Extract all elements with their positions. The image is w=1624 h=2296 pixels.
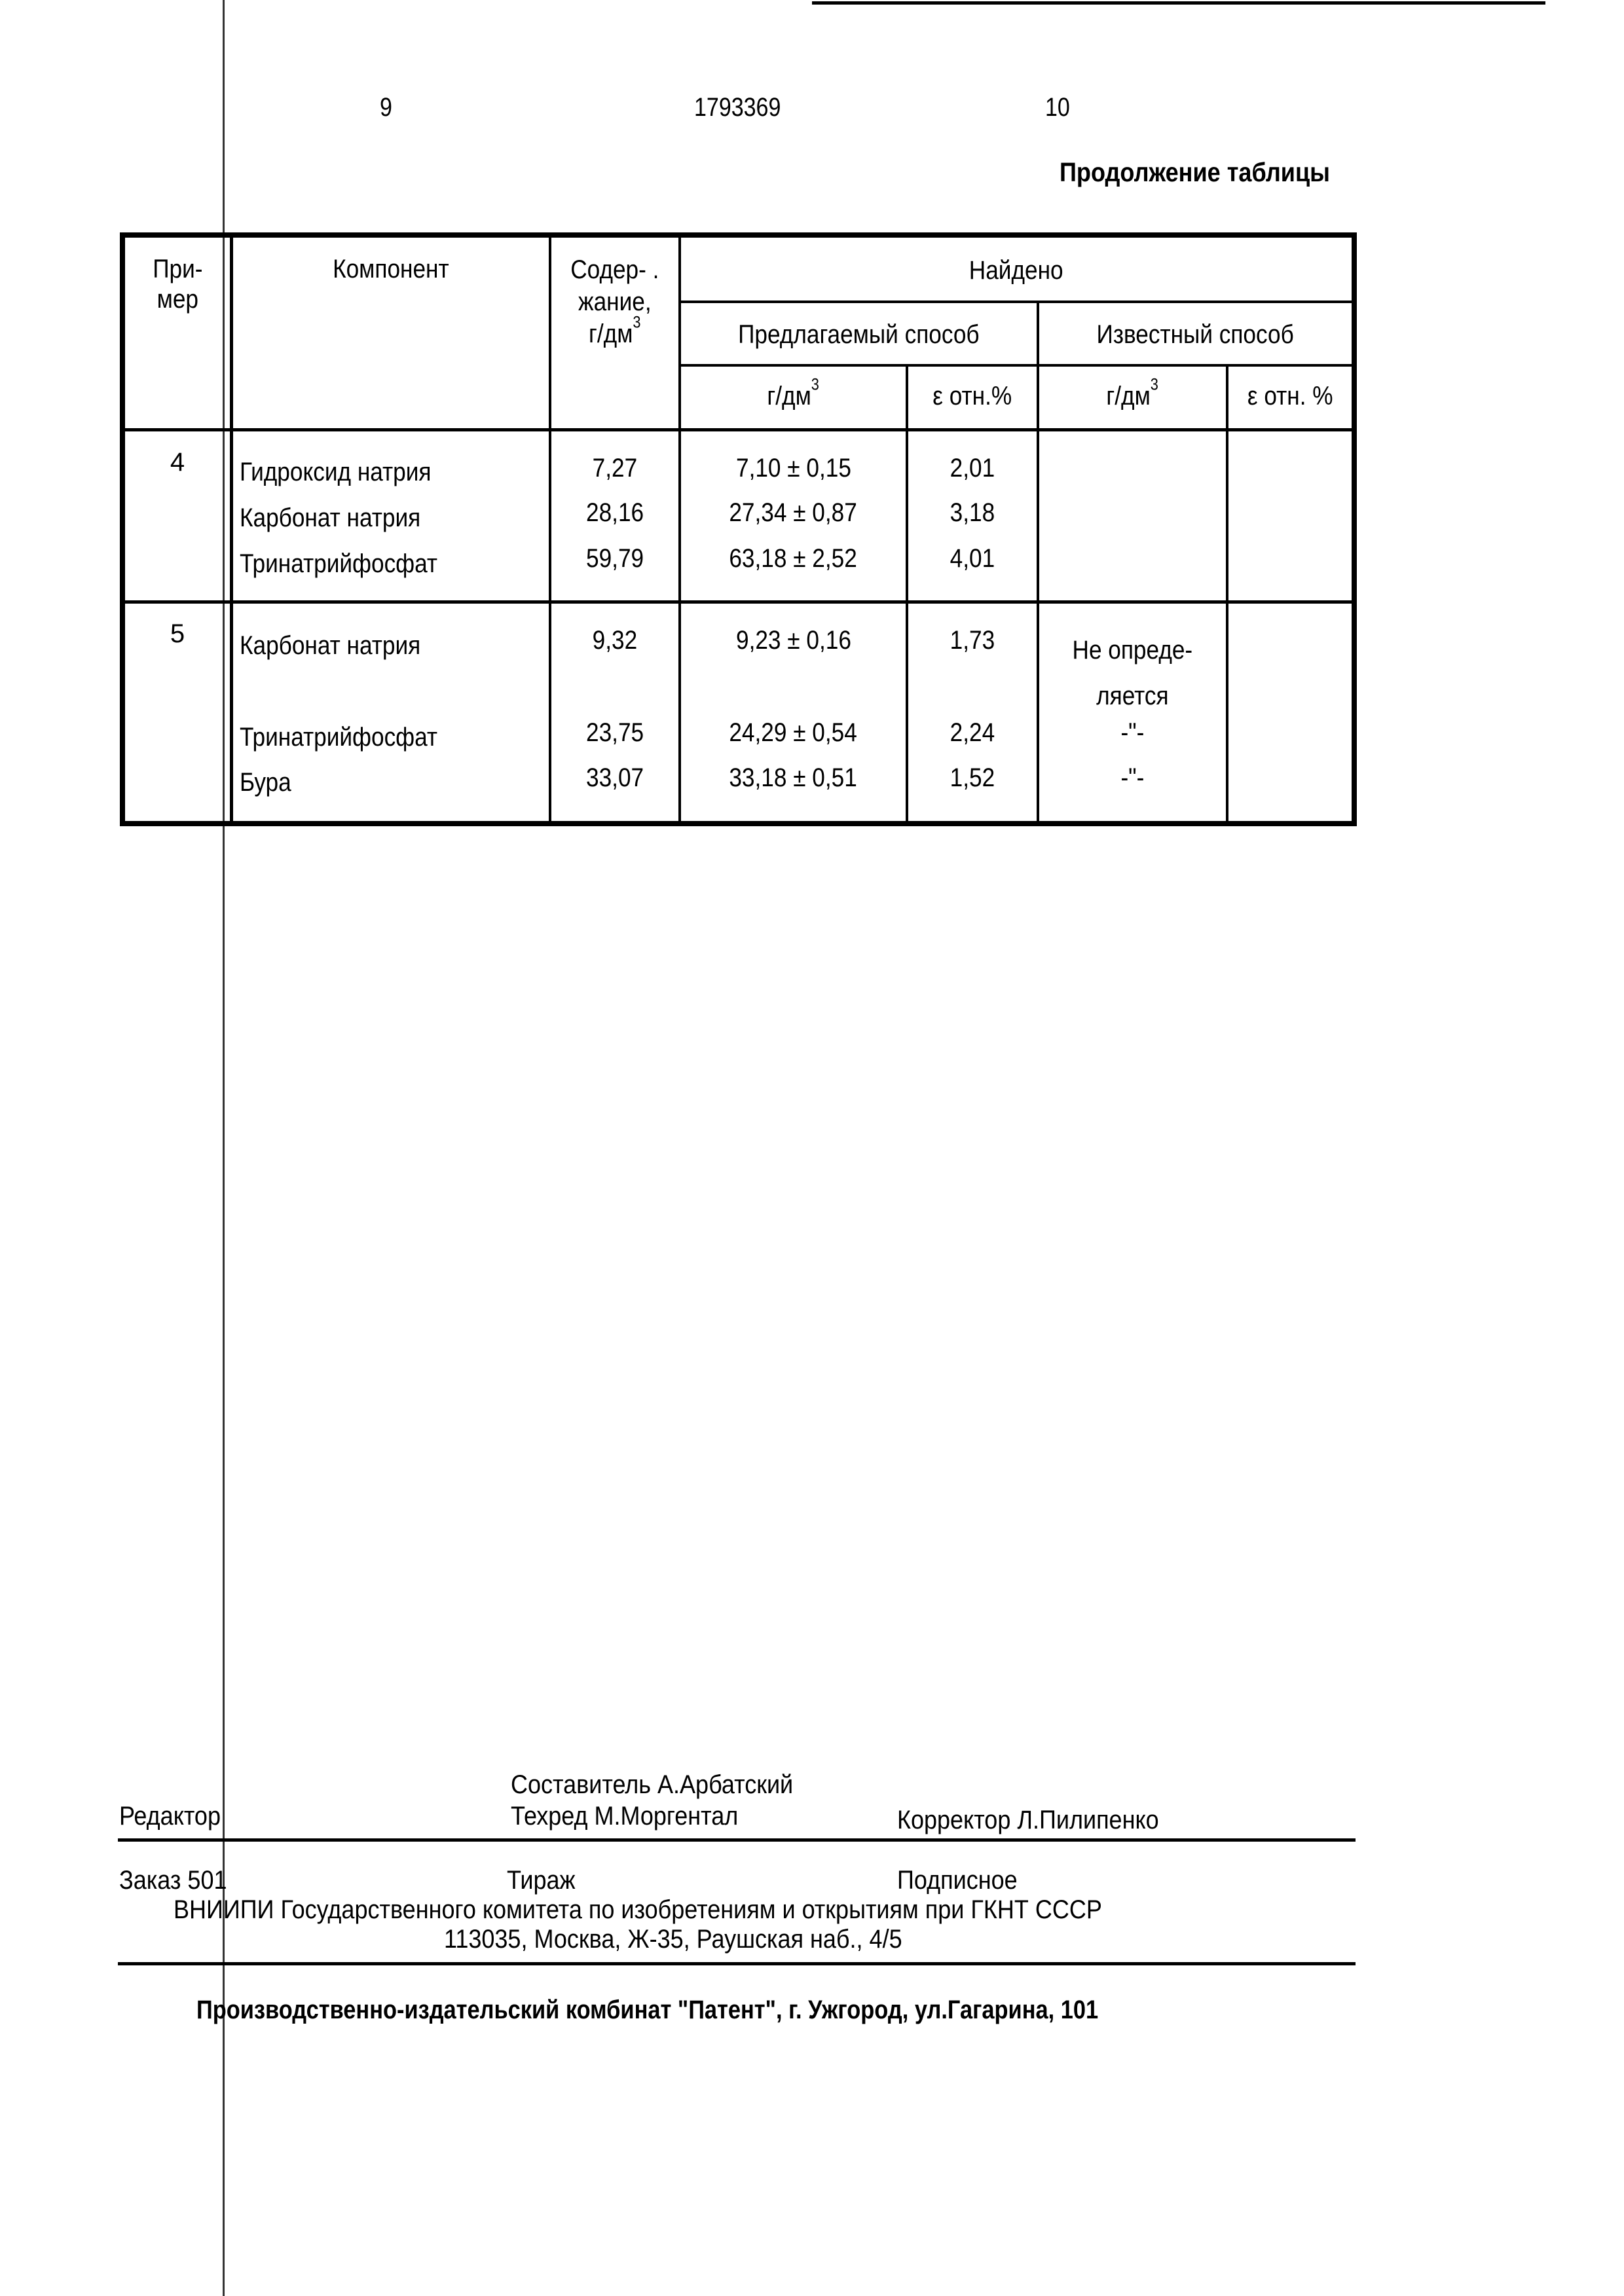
proposed-eps: 3,18 <box>908 498 1037 528</box>
header-bottom-divider <box>120 428 1357 431</box>
content-value: 28,16 <box>551 498 678 528</box>
header-known-eps: ε отн. % <box>1228 381 1352 411</box>
content-value: 7,27 <box>551 453 678 483</box>
row-divider <box>678 301 1357 303</box>
proposed-eps: 1,52 <box>908 763 1037 793</box>
institute-address: 113035, Москва, Ж-35, Раушская наб., 4/5 <box>444 1925 902 1954</box>
continuation-title: Продолжение таблицы <box>1060 157 1330 188</box>
proposed-value: 27,34 ± 0,87 <box>681 498 906 528</box>
footer-rule <box>118 1962 1356 1965</box>
known-value: -"- <box>1039 718 1226 748</box>
page-number-left: 9 <box>380 93 392 122</box>
header-proposed-eps: ε отн.% <box>908 381 1037 411</box>
component-name: Бура <box>240 767 298 797</box>
header-known-method: Известный способ <box>1039 319 1352 350</box>
known-value: Не опреде-ляется <box>1039 627 1226 719</box>
component-name: Тринатрийфосфат <box>240 722 464 752</box>
publisher: Производственно-издательский комбинат "П… <box>196 1995 1098 2025</box>
component-name: Тринатрийфосфат <box>240 549 464 579</box>
example-number: 4 <box>125 447 230 477</box>
proposed-eps: 1,73 <box>908 625 1037 655</box>
proposed-value: 24,29 ± 0,54 <box>681 718 906 748</box>
editor-label: Редактор <box>119 1802 221 1831</box>
proposed-eps: 2,24 <box>908 718 1037 748</box>
proposed-value: 7,10 ± 0,15 <box>681 453 906 483</box>
top-border-rule <box>812 1 1545 5</box>
content-value: 59,79 <box>551 543 678 574</box>
proposed-value: 63,18 ± 2,52 <box>681 543 906 574</box>
col-divider <box>1226 365 1228 826</box>
proposed-value: 33,18 ± 0,51 <box>681 763 906 793</box>
component-name: Карбонат натрия <box>240 503 445 533</box>
known-value: -"- <box>1039 763 1226 793</box>
col-divider <box>906 365 908 826</box>
header-proposed-method: Предлагаемый способ <box>681 319 1037 350</box>
group-divider <box>120 600 1357 604</box>
footer-rule <box>118 1838 1356 1842</box>
content-value: 23,75 <box>551 718 678 748</box>
proposed-value: 9,23 ± 0,16 <box>681 625 906 655</box>
content-value: 33,07 <box>551 763 678 793</box>
compiler: Составитель А.Арбатский <box>511 1770 793 1800</box>
header-known-unit: г/дм3 <box>1039 381 1226 411</box>
example-number: 5 <box>125 619 230 649</box>
content-value: 9,32 <box>551 625 678 655</box>
component-name: Карбонат натрия <box>240 630 445 661</box>
institute: ВНИИПИ Государственного комитета по изоб… <box>174 1895 1102 1925</box>
header-proposed-unit: г/дм3 <box>681 381 906 411</box>
header-content: Содер- .жание,г/дм3 <box>551 254 678 350</box>
subscription: Подписное <box>897 1866 1018 1895</box>
circulation: Тираж <box>507 1866 576 1895</box>
component-name: Гидроксид натрия <box>240 457 457 487</box>
col-divider <box>230 232 233 826</box>
header-found: Найдено <box>681 255 1352 285</box>
order-number: Заказ 501 <box>119 1866 227 1895</box>
header-example: При-мер <box>125 254 230 314</box>
corrector: Корректор Л.Пилипенко <box>897 1806 1159 1835</box>
patent-number: 1793369 <box>694 93 781 122</box>
header-component: Компонент <box>233 254 549 284</box>
proposed-eps: 4,01 <box>908 543 1037 574</box>
page-number-right: 10 <box>1045 93 1070 122</box>
techred: Техред М.Моргентал <box>511 1802 738 1831</box>
proposed-eps: 2,01 <box>908 453 1037 483</box>
row-divider <box>678 364 1357 367</box>
